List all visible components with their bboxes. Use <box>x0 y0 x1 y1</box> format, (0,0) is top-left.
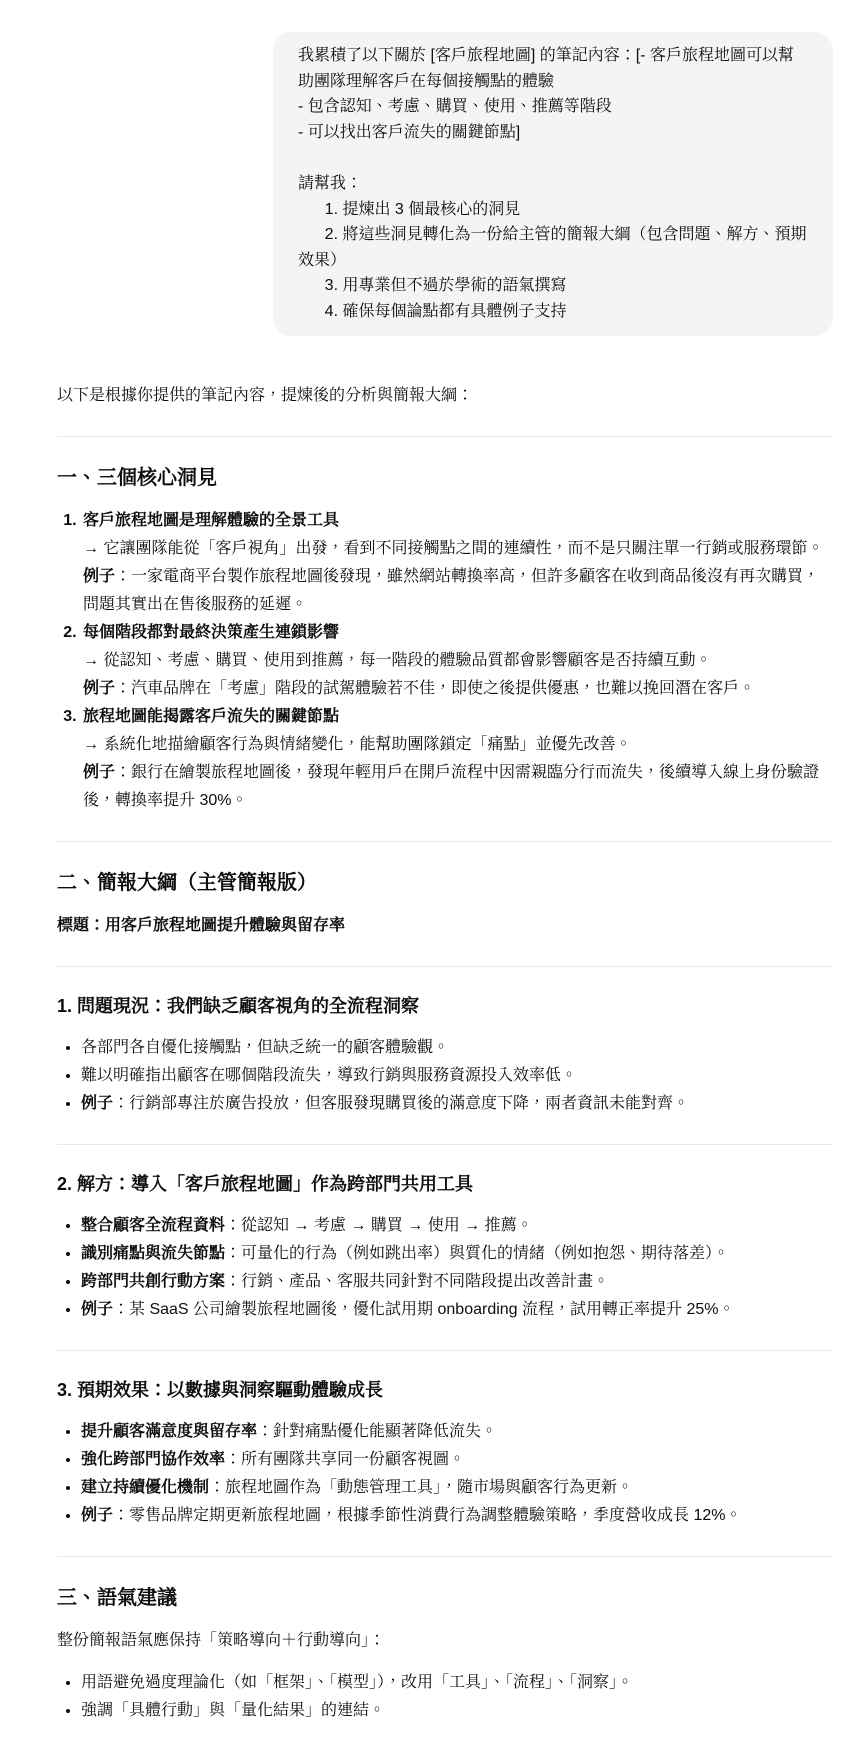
insight-line: 例子：銀行在繪製旅程地圖後，發現年輕用戶在開戶流程中因需親臨分行而流失，後續導入… <box>83 759 833 815</box>
divider <box>57 1144 833 1145</box>
insight-item: 旅程地圖能揭露客戶流失的關鍵節點→ 系統化地描繪顧客行為與情緒變化，能幫助團隊鎖… <box>81 703 833 815</box>
bold-text: 跨部門共創行動方案 <box>81 1273 225 1290</box>
text: ：某 SaaS 公司繪製旅程地圖後，優化試用期 onboarding 流程，試用… <box>113 1301 734 1318</box>
text: ：一家電商平台製作旅程地圖後發現，雖然網站轉換率高，但許多顧客在收到商品後沒有再… <box>83 568 819 613</box>
divider <box>57 966 833 967</box>
divider <box>57 841 833 842</box>
bullet-item: 識別痛點與流失節點：可量化的行為（例如跳出率）與質化的情緒（例如抱怨、期待落差）… <box>81 1240 833 1268</box>
bold-text: 客戶旅程地圖是理解體驗的全景工具 <box>83 512 339 529</box>
text: ：針對痛點優化能顯著降低流失。 <box>257 1423 497 1440</box>
insight-item: 客戶旅程地圖是理解體驗的全景工具→ 它讓團隊能從「客戶視角」出發，看到不同接觸點… <box>81 507 833 619</box>
bold-text: 識別痛點與流失節點 <box>81 1245 225 1262</box>
section-heading: 一、三個核心洞見 <box>57 463 833 493</box>
text: ：旅程地圖作為「動態管理工具」，隨市場與顧客行為更新。 <box>209 1479 633 1496</box>
insight-line: 例子：汽車品牌在「考慮」階段的試駕體驗若不佳，即使之後提供優惠，也難以挽回潛在客… <box>83 675 833 703</box>
bullet-item: 例子：行銷部專注於廣告投放，但客服發現購買後的滿意度下降，兩者資訊未能對齊。 <box>81 1090 833 1118</box>
text: 用語避免過度理論化（如「框架」、「模型」），改用「工具」、「流程」、「洞察」。 <box>81 1674 633 1691</box>
assistant-message: 以下是根據你提供的筆記內容，提煉後的分析與簡報大綱：一、三個核心洞見客戶旅程地圖… <box>57 382 833 1725</box>
bold-text: 提升顧客滿意度與留存率 <box>81 1423 257 1440</box>
bullet-item: 建立持續優化機制：旅程地圖作為「動態管理工具」，隨市場與顧客行為更新。 <box>81 1474 833 1502</box>
bold-text: 建立持續優化機制 <box>81 1479 209 1496</box>
text: → 它讓團隊能從「客戶視角」出發，看到不同接觸點之間的連續性，而不是只關注單一行… <box>83 540 823 557</box>
bold-text: 整合顧客全流程資料 <box>81 1217 225 1234</box>
bold-text: 例子 <box>81 1095 113 1112</box>
text: ：銀行在繪製旅程地圖後，發現年輕用戶在開戶流程中因需親臨分行而流失，後續導入線上… <box>83 764 819 809</box>
bullet-list: 提升顧客滿意度與留存率：針對痛點優化能顯著降低流失。強化跨部門協作效率：所有團隊… <box>57 1418 833 1530</box>
divider <box>57 1350 833 1351</box>
bold-text: 例子 <box>81 1301 113 1318</box>
bullet-list: 整合顧客全流程資料：從認知 → 考慮 → 購買 → 使用 → 推薦。識別痛點與流… <box>57 1212 833 1324</box>
bullet-item: 跨部門共創行動方案：行銷、產品、客服共同針對不同階段提出改善計畫。 <box>81 1268 833 1296</box>
assistant-paragraph: 整份簡報語氣應保持「策略導向＋行動導向」： <box>57 1627 833 1655</box>
bullet-list: 用語避免過度理論化（如「框架」、「模型」），改用「工具」、「流程」、「洞察」。強… <box>57 1669 833 1725</box>
text: ：零售品牌定期更新旅程地圖，根據季節性消費行為調整體驗策略，季度營收成長 12%… <box>113 1507 741 1524</box>
text: ：所有團隊共享同一份顧客視圖。 <box>225 1451 465 1468</box>
insight-list: 客戶旅程地圖是理解體驗的全景工具→ 它讓團隊能從「客戶視角」出發，看到不同接觸點… <box>57 507 833 815</box>
insight-item: 每個階段都對最終決策產生連鎖影響→ 從認知、考慮、購買、使用到推薦，每一階段的體… <box>81 619 833 703</box>
bullet-item: 例子：零售品牌定期更新旅程地圖，根據季節性消費行為調整體驗策略，季度營收成長 1… <box>81 1502 833 1530</box>
bold-text: 旅程地圖能揭露客戶流失的關鍵節點 <box>83 708 339 725</box>
bullet-item: 整合顧客全流程資料：從認知 → 考慮 → 購買 → 使用 → 推薦。 <box>81 1212 833 1240</box>
text: → 從認知、考慮、購買、使用到推薦，每一階段的體驗品質都會影響顧客是否持續互動。 <box>83 652 711 669</box>
text: ：行銷、產品、客服共同針對不同階段提出改善計畫。 <box>225 1273 609 1290</box>
user-message-row: 我累積了以下關於 [客戶旅程地圖] 的筆記內容：[- 客戶旅程地圖可以幫助團隊理… <box>57 32 833 336</box>
user-message-bubble: 我累積了以下關於 [客戶旅程地圖] 的筆記內容：[- 客戶旅程地圖可以幫助團隊理… <box>273 32 833 336</box>
subsection-heading: 1. 問題現況：我們缺乏顧客視角的全流程洞察 <box>57 993 833 1020</box>
section-heading: 三、語氣建議 <box>57 1583 833 1613</box>
bold-text: 每個階段都對最終決策產生連鎖影響 <box>83 624 339 641</box>
text: ：可量化的行為（例如跳出率）與質化的情緒（例如抱怨、期待落差）。 <box>225 1245 729 1262</box>
bold-text: 例子 <box>83 680 115 697</box>
bullet-item: 用語避免過度理論化（如「框架」、「模型」），改用「工具」、「流程」、「洞察」。 <box>81 1669 833 1697</box>
text: → 系統化地描繪顧客行為與情緒變化，能幫助團隊鎖定「痛點」並優先改善。 <box>83 736 631 753</box>
bold-text: 例子 <box>81 1507 113 1524</box>
bullet-item: 各部門各自優化接觸點，但缺乏統一的顧客體驗觀。 <box>81 1034 833 1062</box>
bold-text: 強化跨部門協作效率 <box>81 1451 225 1468</box>
text: ：汽車品牌在「考慮」階段的試駕體驗若不佳，即使之後提供優惠，也難以挽回潛在客戶。 <box>115 680 755 697</box>
subsection-heading: 3. 預期效果：以數據與洞察驅動體驗成長 <box>57 1377 833 1404</box>
divider <box>57 436 833 437</box>
text: 各部門各自優化接觸點，但缺乏統一的顧客體驗觀。 <box>81 1039 449 1056</box>
insight-line: → 它讓團隊能從「客戶視角」出發，看到不同接觸點之間的連續性，而不是只關注單一行… <box>83 535 833 563</box>
insight-line: 客戶旅程地圖是理解體驗的全景工具 <box>83 507 833 535</box>
assistant-paragraph: 以下是根據你提供的筆記內容，提煉後的分析與簡報大綱： <box>57 382 833 410</box>
bullet-item: 強調「具體行動」與「量化結果」的連結。 <box>81 1697 833 1725</box>
text: ：行銷部專注於廣告投放，但客服發現購買後的滿意度下降，兩者資訊未能對齊。 <box>113 1095 689 1112</box>
bold-text: 例子 <box>83 568 115 585</box>
bold-text: 標題：用客戶旅程地圖提升體驗與留存率 <box>57 917 345 934</box>
insight-line: → 系統化地描繪顧客行為與情緒變化，能幫助團隊鎖定「痛點」並優先改善。 <box>83 731 833 759</box>
bullet-item: 難以明確指出顧客在哪個階段流失，導致行銷與服務資源投入效率低。 <box>81 1062 833 1090</box>
insight-line: 旅程地圖能揭露客戶流失的關鍵節點 <box>83 703 833 731</box>
divider <box>57 1556 833 1557</box>
insight-line: 每個階段都對最終決策產生連鎖影響 <box>83 619 833 647</box>
bold-text: 例子 <box>83 764 115 781</box>
bullet-item: 強化跨部門協作效率：所有團隊共享同一份顧客視圖。 <box>81 1446 833 1474</box>
section-heading: 二、簡報大綱（主管簡報版） <box>57 868 833 898</box>
insight-line: → 從認知、考慮、購買、使用到推薦，每一階段的體驗品質都會影響顧客是否持續互動。 <box>83 647 833 675</box>
subsection-heading: 2. 解方：導入「客戶旅程地圖」作為跨部門共用工具 <box>57 1171 833 1198</box>
insight-line: 例子：一家電商平台製作旅程地圖後發現，雖然網站轉換率高，但許多顧客在收到商品後沒… <box>83 563 833 619</box>
text: 整份簡報語氣應保持「策略導向＋行動導向」： <box>57 1632 385 1649</box>
bullet-item: 例子：某 SaaS 公司繪製旅程地圖後，優化試用期 onboarding 流程，… <box>81 1296 833 1324</box>
bullet-list: 各部門各自優化接觸點，但缺乏統一的顧客體驗觀。難以明確指出顧客在哪個階段流失，導… <box>57 1034 833 1118</box>
text: 強調「具體行動」與「量化結果」的連結。 <box>81 1702 385 1719</box>
bullet-item: 提升顧客滿意度與留存率：針對痛點優化能顯著降低流失。 <box>81 1418 833 1446</box>
assistant-paragraph: 標題：用客戶旅程地圖提升體驗與留存率 <box>57 912 833 940</box>
text: 難以明確指出顧客在哪個階段流失，導致行銷與服務資源投入效率低。 <box>81 1067 577 1084</box>
conversation-thread: 我累積了以下關於 [客戶旅程地圖] 的筆記內容：[- 客戶旅程地圖可以幫助團隊理… <box>57 32 833 1725</box>
text: ：從認知 → 考慮 → 購買 → 使用 → 推薦。 <box>225 1217 533 1234</box>
chat-page: 我累積了以下關於 [客戶旅程地圖] 的筆記內容：[- 客戶旅程地圖可以幫助團隊理… <box>0 0 863 1737</box>
text: 以下是根據你提供的筆記內容，提煉後的分析與簡報大綱： <box>57 387 473 404</box>
